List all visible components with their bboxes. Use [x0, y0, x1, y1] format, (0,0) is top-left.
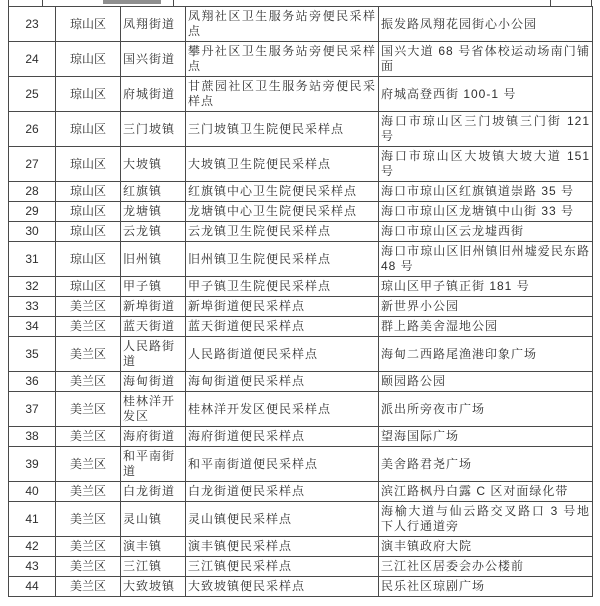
fragment-border-line	[8, 0, 9, 6]
street-cell: 人民路街道	[121, 337, 186, 372]
site-name-cell: 龙塘镇中心卫生院便民采样点	[186, 202, 379, 222]
address-cell: 派出所旁夜市广场	[379, 392, 593, 427]
fragment-gray-band	[103, 0, 161, 4]
row-number-cell: 31	[9, 242, 56, 277]
row-number-cell: 26	[9, 112, 56, 147]
district-cell: 琼山区	[56, 277, 121, 297]
address-cell: 美舍路君尧广场	[379, 447, 593, 482]
site-name-cell: 海甸街道便民采样点	[186, 372, 379, 392]
district-cell: 琼山区	[56, 7, 121, 42]
street-cell: 大致坡镇	[121, 577, 186, 597]
address-cell: 振发路凤翔花园街心小公园	[379, 7, 593, 42]
table-row: 38 美兰区 海府街道 海府街道便民采样点 望海国际广场	[9, 427, 593, 447]
district-cell: 琼山区	[56, 147, 121, 182]
address-cell: 海口市琼山区旧州镇旧州墟爱民东路 48 号	[379, 242, 593, 277]
address-cell: 颐园路公园	[379, 372, 593, 392]
street-cell: 桂林洋开发区	[121, 392, 186, 427]
district-cell: 美兰区	[56, 337, 121, 372]
site-name-cell: 云龙镇卫生院便民采样点	[186, 222, 379, 242]
row-number-cell: 28	[9, 182, 56, 202]
table-row: 25 琼山区 府城街道 甘蔗园社区卫生服务站旁便民采样点 府城高登西街 100-…	[9, 77, 593, 112]
row-number-cell: 39	[9, 447, 56, 482]
street-cell: 和平南街道	[121, 447, 186, 482]
street-cell: 海甸街道	[121, 372, 186, 392]
district-cell: 美兰区	[56, 537, 121, 557]
district-cell: 琼山区	[56, 42, 121, 77]
table-row: 27 琼山区 大坡镇 大坡镇卫生院便民采样点 海口市琼山区大坡镇大坡大道 151…	[9, 147, 593, 182]
district-cell: 琼山区	[56, 242, 121, 277]
table-row: 26 琼山区 三门坡镇 三门坡镇卫生院便民采样点 海口市琼山区三门坡镇三门街 1…	[9, 112, 593, 147]
street-cell: 新埠街道	[121, 297, 186, 317]
site-name-cell: 人民路街道便民采样点	[186, 337, 379, 372]
table-row: 44 美兰区 大致坡镇 大致坡镇便民采样点 民乐社区琼剧广场	[9, 577, 593, 597]
table-row: 37 美兰区 桂林洋开发区 桂林洋开发区便民采样点 派出所旁夜市广场	[9, 392, 593, 427]
table-row: 30 琼山区 云龙镇 云龙镇卫生院便民采样点 海口市琼山区云龙墟西街	[9, 222, 593, 242]
table-row: 28 琼山区 红旗镇 红旗镇中心卫生院便民采样点 海口市琼山区红旗镇道崇路 35…	[9, 182, 593, 202]
row-number-cell: 41	[9, 502, 56, 537]
street-cell: 灵山镇	[121, 502, 186, 537]
row-number-cell: 29	[9, 202, 56, 222]
address-cell: 民乐社区琼剧广场	[379, 577, 593, 597]
row-number-cell: 34	[9, 317, 56, 337]
street-cell: 龙塘镇	[121, 202, 186, 222]
address-cell: 琼山区甲子镇正街 181 号	[379, 277, 593, 297]
address-cell: 海口市琼山区大坡镇大坡大道 151 号	[379, 147, 593, 182]
site-name-cell: 蓝天街道便民采样点	[186, 317, 379, 337]
row-number-cell: 24	[9, 42, 56, 77]
row-number-cell: 37	[9, 392, 56, 427]
district-cell: 美兰区	[56, 372, 121, 392]
district-cell: 美兰区	[56, 502, 121, 537]
table-row: 41 美兰区 灵山镇 灵山镇便民采样点 海榆大道与仙云路交叉路口 3 号地下人行…	[9, 502, 593, 537]
street-cell: 三门坡镇	[121, 112, 186, 147]
site-name-cell: 和平南街道便民采样点	[186, 447, 379, 482]
site-name-cell: 凤翔社区卫生服务站旁便民采样点	[186, 7, 379, 42]
table-row: 24 琼山区 国兴街道 攀丹社区卫生服务站旁便民采样点 国兴大道 68 号省体校…	[9, 42, 593, 77]
table-row: 33 美兰区 新埠街道 新埠街道便民采样点 新世界小公园	[9, 297, 593, 317]
district-cell: 琼山区	[56, 77, 121, 112]
table-row: 40 美兰区 白龙街道 白龙街道便民采样点 滨江路枫丹白露 C 区对面绿化带	[9, 482, 593, 502]
street-cell: 大坡镇	[121, 147, 186, 182]
table-row: 43 美兰区 三江镇 三江镇便民采样点 三江社区居委会办公楼前	[9, 557, 593, 577]
address-cell: 国兴大道 68 号省体校运动场南门铺面	[379, 42, 593, 77]
site-name-cell: 旧州镇卫生院便民采样点	[186, 242, 379, 277]
sampling-points-table: 23 琼山区 凤翔街道 凤翔社区卫生服务站旁便民采样点 振发路凤翔花园街心小公园…	[8, 6, 593, 597]
address-cell: 滨江路枫丹白露 C 区对面绿化带	[379, 482, 593, 502]
address-cell: 演丰镇政府大院	[379, 537, 593, 557]
site-name-cell: 红旗镇中心卫生院便民采样点	[186, 182, 379, 202]
row-number-cell: 27	[9, 147, 56, 182]
street-cell: 演丰镇	[121, 537, 186, 557]
street-cell: 蓝天街道	[121, 317, 186, 337]
district-cell: 琼山区	[56, 112, 121, 147]
street-cell: 国兴街道	[121, 42, 186, 77]
site-name-cell: 大坡镇卫生院便民采样点	[186, 147, 379, 182]
row-number-cell: 30	[9, 222, 56, 242]
previous-row-fragment	[8, 0, 592, 6]
table-row: 34 美兰区 蓝天街道 蓝天街道便民采样点 群上路美舍湿地公园	[9, 317, 593, 337]
site-name-cell: 演丰镇便民采样点	[186, 537, 379, 557]
address-cell: 海口市琼山区红旗镇道崇路 35 号	[379, 182, 593, 202]
table-row: 42 美兰区 演丰镇 演丰镇便民采样点 演丰镇政府大院	[9, 537, 593, 557]
street-cell: 红旗镇	[121, 182, 186, 202]
street-cell: 府城街道	[121, 77, 186, 112]
address-cell: 海榆大道与仙云路交叉路口 3 号地下人行通道旁	[379, 502, 593, 537]
fragment-border-line	[591, 0, 592, 6]
site-name-cell: 桂林洋开发区便民采样点	[186, 392, 379, 427]
fragment-border-line	[42, 0, 43, 6]
row-number-cell: 35	[9, 337, 56, 372]
street-cell: 云龙镇	[121, 222, 186, 242]
address-cell: 海甸二西路尾渔港印象广场	[379, 337, 593, 372]
district-cell: 美兰区	[56, 427, 121, 447]
fragment-border-line	[550, 0, 551, 6]
row-number-cell: 38	[9, 427, 56, 447]
district-cell: 琼山区	[56, 182, 121, 202]
site-name-cell: 三门坡镇卫生院便民采样点	[186, 112, 379, 147]
table-body: 23 琼山区 凤翔街道 凤翔社区卫生服务站旁便民采样点 振发路凤翔花园街心小公园…	[9, 7, 593, 597]
table-row: 32 琼山区 甲子镇 甲子镇卫生院便民采样点 琼山区甲子镇正街 181 号	[9, 277, 593, 297]
district-cell: 琼山区	[56, 222, 121, 242]
row-number-cell: 25	[9, 77, 56, 112]
district-cell: 琼山区	[56, 202, 121, 222]
row-number-cell: 42	[9, 537, 56, 557]
district-cell: 美兰区	[56, 297, 121, 317]
table-row: 29 琼山区 龙塘镇 龙塘镇中心卫生院便民采样点 海口市琼山区龙塘镇中山街 33…	[9, 202, 593, 222]
address-cell: 三江社区居委会办公楼前	[379, 557, 593, 577]
street-cell: 海府街道	[121, 427, 186, 447]
district-cell: 美兰区	[56, 557, 121, 577]
address-cell: 群上路美舍湿地公园	[379, 317, 593, 337]
site-name-cell: 甲子镇卫生院便民采样点	[186, 277, 379, 297]
table-row: 31 琼山区 旧州镇 旧州镇卫生院便民采样点 海口市琼山区旧州镇旧州墟爱民东路 …	[9, 242, 593, 277]
row-number-cell: 36	[9, 372, 56, 392]
address-cell: 新世界小公园	[379, 297, 593, 317]
district-cell: 美兰区	[56, 577, 121, 597]
row-number-cell: 23	[9, 7, 56, 42]
fragment-border-line	[173, 0, 174, 6]
table-row: 39 美兰区 和平南街道 和平南街道便民采样点 美舍路君尧广场	[9, 447, 593, 482]
site-name-cell: 三江镇便民采样点	[186, 557, 379, 577]
address-cell: 海口市琼山区龙塘镇中山街 33 号	[379, 202, 593, 222]
street-cell: 凤翔街道	[121, 7, 186, 42]
table-row: 35 美兰区 人民路街道 人民路街道便民采样点 海甸二西路尾渔港印象广场	[9, 337, 593, 372]
table-row: 36 美兰区 海甸街道 海甸街道便民采样点 颐园路公园	[9, 372, 593, 392]
row-number-cell: 40	[9, 482, 56, 502]
site-name-cell: 灵山镇便民采样点	[186, 502, 379, 537]
district-cell: 美兰区	[56, 317, 121, 337]
site-name-cell: 白龙街道便民采样点	[186, 482, 379, 502]
street-cell: 旧州镇	[121, 242, 186, 277]
street-cell: 白龙街道	[121, 482, 186, 502]
street-cell: 三江镇	[121, 557, 186, 577]
street-cell: 甲子镇	[121, 277, 186, 297]
table-row: 23 琼山区 凤翔街道 凤翔社区卫生服务站旁便民采样点 振发路凤翔花园街心小公园	[9, 7, 593, 42]
address-cell: 海口市琼山区云龙墟西街	[379, 222, 593, 242]
row-number-cell: 32	[9, 277, 56, 297]
district-cell: 美兰区	[56, 482, 121, 502]
site-name-cell: 甘蔗园社区卫生服务站旁便民采样点	[186, 77, 379, 112]
address-cell: 望海国际广场	[379, 427, 593, 447]
row-number-cell: 33	[9, 297, 56, 317]
row-number-cell: 44	[9, 577, 56, 597]
district-cell: 美兰区	[56, 392, 121, 427]
site-name-cell: 攀丹社区卫生服务站旁便民采样点	[186, 42, 379, 77]
district-cell: 美兰区	[56, 447, 121, 482]
address-cell: 海口市琼山区三门坡镇三门街 121 号	[379, 112, 593, 147]
site-name-cell: 新埠街道便民采样点	[186, 297, 379, 317]
site-name-cell: 大致坡镇便民采样点	[186, 577, 379, 597]
site-name-cell: 海府街道便民采样点	[186, 427, 379, 447]
address-cell: 府城高登西街 100-1 号	[379, 77, 593, 112]
row-number-cell: 43	[9, 557, 56, 577]
